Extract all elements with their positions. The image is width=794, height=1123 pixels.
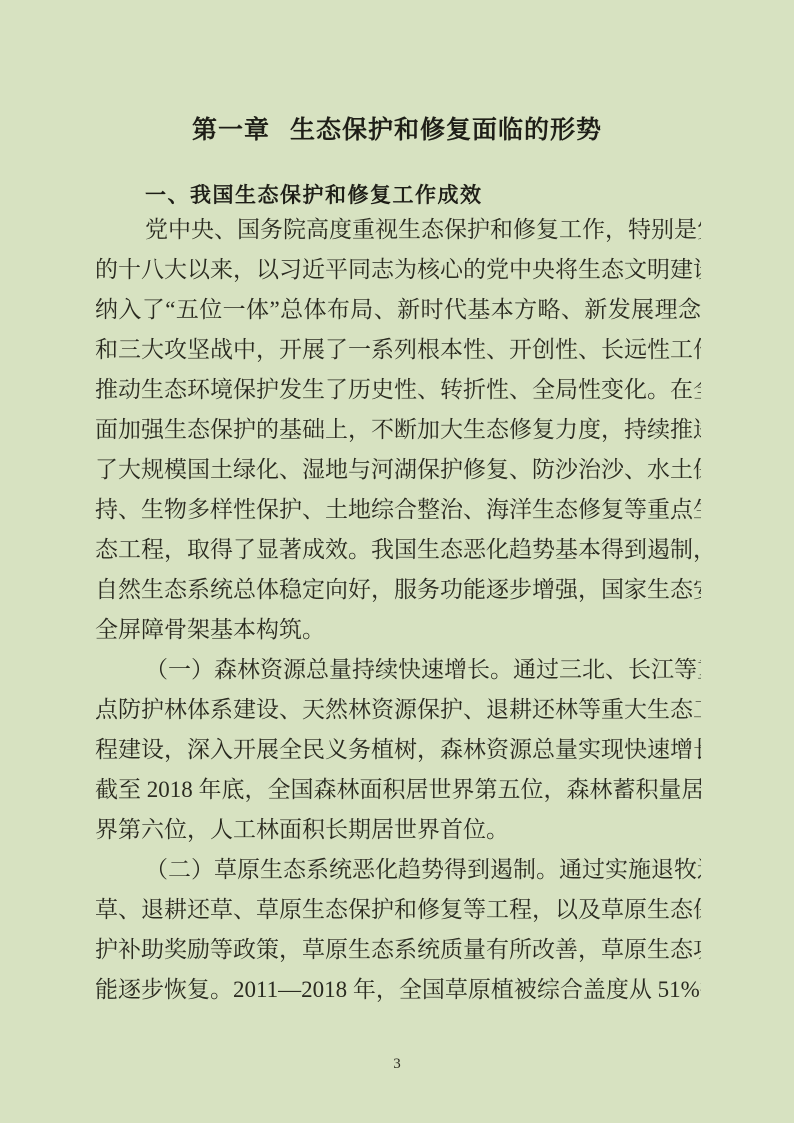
body-line: 界第六位，人工林面积长期居世界首位。: [95, 810, 701, 850]
body-line: 和三大攻坚战中，开展了一系列根本性、开创性、长远性工作，: [95, 330, 701, 370]
body-line: 态工程，取得了显著成效。我国生态恶化趋势基本得到遏制，: [95, 530, 701, 570]
chapter-label: 第一章: [192, 116, 270, 144]
body-line: 纳入了“五位一体”总体布局、新时代基本方略、新发展理念: [95, 290, 701, 330]
body-line: 了大规模国土绿化、湿地与河湖保护修复、防沙治沙、水土保: [95, 450, 701, 490]
body-line: 自然生态系统总体稳定向好，服务功能逐步增强，国家生态安: [95, 570, 701, 610]
body-line: 截至 2018 年底，全国森林面积居世界第五位，森林蓄积量居世: [95, 770, 701, 810]
body-line: （一）森林资源总量持续快速增长。通过三北、长江等重: [95, 650, 701, 690]
document-page: { "colors": { "background": "#d7e2c1", "…: [0, 0, 794, 1123]
body-line: 推动生态环境保护发生了历史性、转折性、全局性变化。在全: [95, 370, 701, 410]
document-body: 党中央、国务院高度重视生态保护和修复工作，特别是党的十八大以来，以习近平同志为核…: [95, 210, 701, 1010]
section-heading: 一、我国生态保护和修复工作成效: [145, 179, 483, 209]
body-line: 面加强生态保护的基础上，不断加大生态修复力度，持续推进: [95, 410, 701, 450]
body-line: 护补助奖励等政策，草原生态系统质量有所改善，草原生态功: [95, 930, 701, 970]
body-line: 全屏障骨架基本构筑。: [95, 610, 701, 650]
body-line: 持、生物多样性保护、土地综合整治、海洋生态修复等重点生: [95, 490, 701, 530]
body-line: 草、退耕还草、草原生态保护和修复等工程，以及草原生态保: [95, 890, 701, 930]
chapter-title-text: 生态保护和修复面临的形势: [290, 116, 602, 144]
body-line: 能逐步恢复。2011—2018 年，全国草原植被综合盖度从 51%提: [95, 970, 701, 1010]
body-line: （二）草原生态系统恶化趋势得到遏制。通过实施退牧还: [95, 850, 701, 890]
body-line: 的十八大以来，以习近平同志为核心的党中央将生态文明建设: [95, 250, 701, 290]
body-line: 程建设，深入开展全民义务植树，森林资源总量实现快速增长。: [95, 730, 701, 770]
body-line: 党中央、国务院高度重视生态保护和修复工作，特别是党: [95, 210, 701, 250]
body-line: 点防护林体系建设、天然林资源保护、退耕还林等重大生态工: [95, 690, 701, 730]
chapter-title: 第一章生态保护和修复面临的形势: [0, 110, 794, 146]
page-number: 3: [0, 1056, 794, 1073]
